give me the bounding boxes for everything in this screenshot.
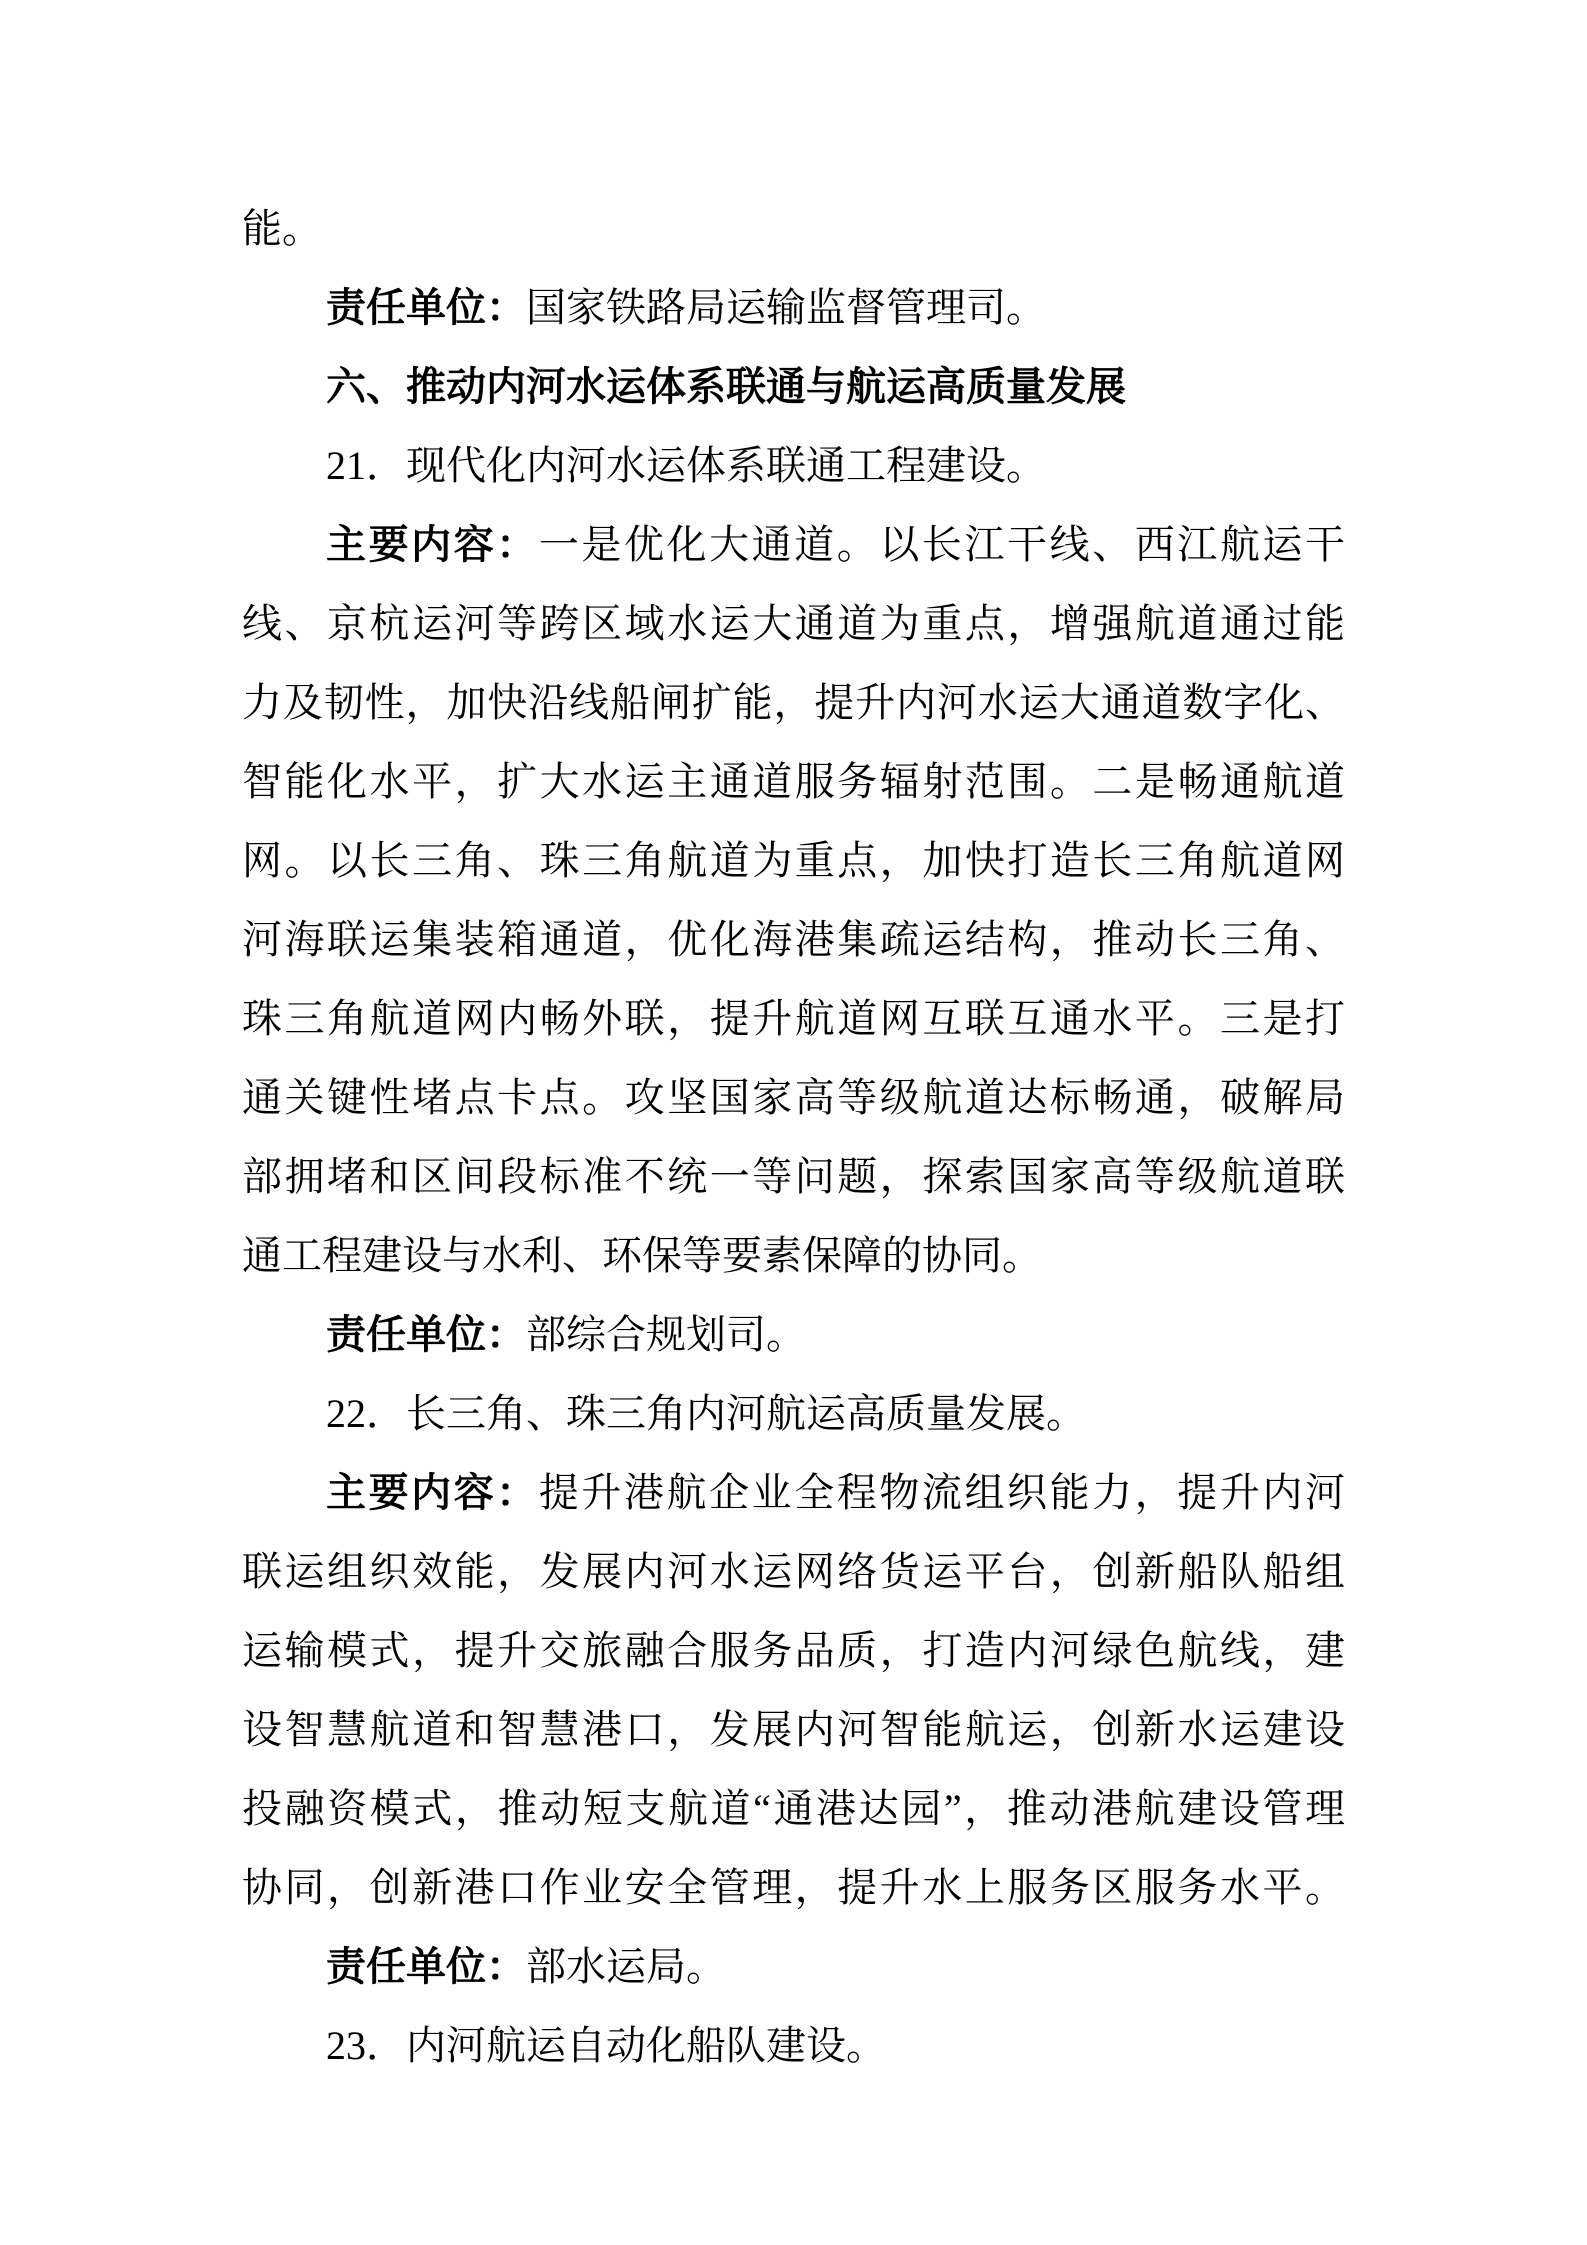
body-text: 投融资模式，推动短支航道“通港达园”，推动港航建设管理 <box>242 1786 1345 1831</box>
document-line: 珠三角航道网内畅外联，提升航道网互联互通水平。三是打 <box>242 979 1345 1058</box>
body-text: 提升港航企业全程物流组织能力，提升内河 <box>539 1470 1345 1515</box>
body-text: 智能化水平，扩大水运主通道服务辐射范围。二是畅通航道 <box>242 759 1345 804</box>
document-line: 投融资模式，推动短支航道“通港达园”，推动港航建设管理 <box>242 1769 1345 1848</box>
body-text: 河海联运集装箱通道，优化海港集疏运结构，推动长三角、 <box>242 917 1345 962</box>
document-line: 责任单位：部综合规划司。 <box>242 1295 1345 1374</box>
document-line: 联运组织效能，发展内河水运网络货运平台，创新船队船组 <box>242 1532 1345 1611</box>
document-line: 22．长三角、珠三角内河航运高质量发展。 <box>242 1374 1345 1453</box>
body-text: 部综合规划司。 <box>526 1312 806 1357</box>
body-text: 23．内河航运自动化船队建设。 <box>326 2023 886 2068</box>
document-line: 责任单位：国家铁路局运输监督管理司。 <box>242 268 1345 347</box>
document-line: 协同，创新港口作业安全管理，提升水上服务区服务水平。 <box>242 1848 1345 1927</box>
document-line: 能。 <box>242 189 1345 268</box>
bold-label-text: 主要内容： <box>326 523 539 567</box>
document-page: 能。责任单位：国家铁路局运输监督管理司。六、推动内河水运体系联通与航运高质量发展… <box>0 0 1587 2245</box>
document-line: 设智慧航道和智慧港口，发展内河智能航运，创新水运建设 <box>242 1690 1345 1769</box>
document-line: 河海联运集装箱通道，优化海港集疏运结构，推动长三角、 <box>242 900 1345 979</box>
body-text: 珠三角航道网内畅外联，提升航道网互联互通水平。三是打 <box>242 996 1345 1041</box>
document-line: 力及韧性，加快沿线船闸扩能，提升内河水运大通道数字化、 <box>242 663 1345 742</box>
body-text: 通工程建设与水利、环保等要素保障的协同。 <box>242 1233 1042 1278</box>
body-text: 部拥堵和区间段标准不统一等问题，探索国家高等级航道联 <box>242 1154 1345 1199</box>
body-text: 能。 <box>242 206 322 251</box>
body-text: 线、京杭运河等跨区域水运大通道为重点，增强航道通过能 <box>242 601 1345 646</box>
bold-label-text: 责任单位： <box>326 1313 526 1357</box>
document-line: 主要内容：一是优化大通道。以长江干线、西江航运干 <box>242 505 1345 584</box>
bold-label-text: 责任单位： <box>326 286 526 330</box>
body-text: 22．长三角、珠三角内河航运高质量发展。 <box>326 1391 1086 1436</box>
document-line: 部拥堵和区间段标准不统一等问题，探索国家高等级航道联 <box>242 1137 1345 1216</box>
body-text: 运输模式，提升交旅融合服务品质，打造内河绿色航线，建 <box>242 1628 1345 1673</box>
bold-label-text: 六、推动内河水运体系联通与航运高质量发展 <box>326 365 1126 409</box>
document-body: 能。责任单位：国家铁路局运输监督管理司。六、推动内河水运体系联通与航运高质量发展… <box>242 189 1345 2085</box>
document-line: 21．现代化内河水运体系联通工程建设。 <box>242 426 1345 505</box>
body-text: 力及韧性，加快沿线船闸扩能，提升内河水运大通道数字化、 <box>242 680 1345 725</box>
document-line: 运输模式，提升交旅融合服务品质，打造内河绿色航线，建 <box>242 1611 1345 1690</box>
body-text: 通关键性堵点卡点。攻坚国家高等级航道达标畅通，破解局 <box>242 1075 1345 1120</box>
body-text: 联运组织效能，发展内河水运网络货运平台，创新船队船组 <box>242 1549 1345 1594</box>
body-text: 网。以长三角、珠三角航道为重点，加快打造长三角航道网 <box>242 838 1345 883</box>
document-line: 线、京杭运河等跨区域水运大通道为重点，增强航道通过能 <box>242 584 1345 663</box>
document-line: 通工程建设与水利、环保等要素保障的协同。 <box>242 1216 1345 1295</box>
document-line: 通关键性堵点卡点。攻坚国家高等级航道达标畅通，破解局 <box>242 1058 1345 1137</box>
body-text: 设智慧航道和智慧港口，发展内河智能航运，创新水运建设 <box>242 1707 1345 1752</box>
document-line: 23．内河航运自动化船队建设。 <box>242 2006 1345 2085</box>
document-line: 智能化水平，扩大水运主通道服务辐射范围。二是畅通航道 <box>242 742 1345 821</box>
document-line: 六、推动内河水运体系联通与航运高质量发展 <box>242 347 1345 426</box>
body-text: 协同，创新港口作业安全管理，提升水上服务区服务水平。 <box>242 1865 1345 1910</box>
document-line: 主要内容：提升港航企业全程物流组织能力，提升内河 <box>242 1453 1345 1532</box>
bold-label-text: 主要内容： <box>326 1471 539 1515</box>
bold-label-text: 责任单位： <box>326 1945 526 1989</box>
document-line: 责任单位：部水运局。 <box>242 1927 1345 2006</box>
body-text: 一是优化大通道。以长江干线、西江航运干 <box>539 522 1345 567</box>
body-text: 国家铁路局运输监督管理司。 <box>526 285 1046 330</box>
body-text: 21．现代化内河水运体系联通工程建设。 <box>326 443 1046 488</box>
document-line: 网。以长三角、珠三角航道为重点，加快打造长三角航道网 <box>242 821 1345 900</box>
body-text: 部水运局。 <box>526 1944 726 1989</box>
